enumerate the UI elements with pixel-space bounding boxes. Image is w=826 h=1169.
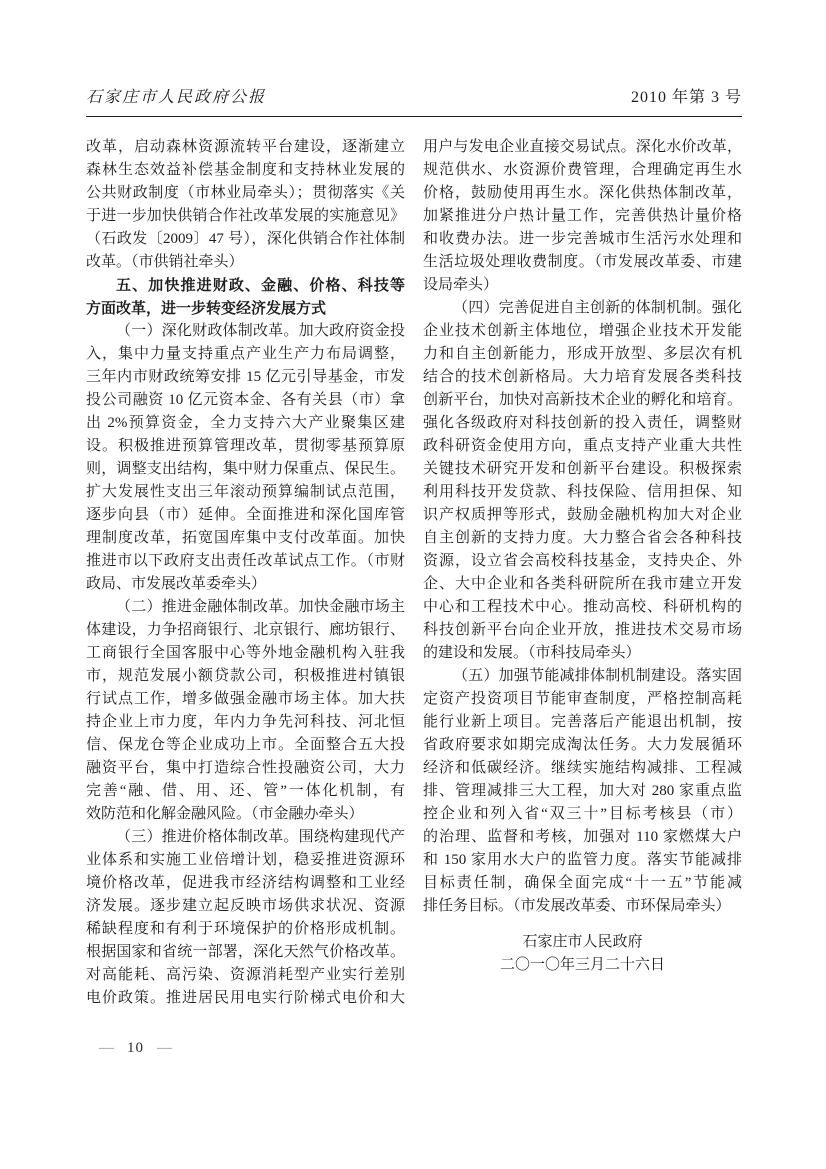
text-line: 信、保龙仓等企业成功上市。全面整合五大投 [86,734,405,757]
text-line: 体建设，力争招商银行、北京银行、廊坊银行、 [86,619,405,642]
text-line: 目标责任制，确保全面完成“十一五”节能减 [423,872,742,895]
text-line: 自主创新的支持力度。大力整合省会各种科技 [423,527,742,550]
text-line: 投公司融资 10 亿元资本金、各有关县（市）拿 [86,389,405,412]
text-line: 力和自主创新能力，形成开放型、多层次有机 [423,343,742,366]
text-line: 政科研资金使用方向，重点支持产业重大共性 [423,435,742,458]
text-line: 业体系和实施工业倍增计划，稳妥推进资源环 [86,849,405,872]
text-line: 生活垃圾处理收费制度。（市发展改革委、市建 [423,251,742,274]
page-footer: — 10 — [99,1040,172,1057]
text-line: 企业技术创新主体地位，增强企业技术开发能 [423,320,742,343]
text-line: 省政府要求如期完成淘汰任务。大力发展循环 [423,734,742,757]
text-line: 利用科技开发贷款、科技保险、信用担保、知 [423,481,742,504]
text-line: 经济和低碳经济。继续实施结构减排、工程减 [423,757,742,780]
text-line: （五）加强节能减排体制机制建设。落实固 [423,665,742,688]
text-line: 三年内市财政统筹安排 15 亿元引导基金，市发 [86,366,405,389]
text-line: 和收费办法。进一步完善城市生活污水处理和 [423,228,742,251]
text-line: 稀缺程度和有利于环境保护的价格形成机制。 [86,918,405,941]
gazette-page: 石家庄市人民政府公报 2010 年第 3 号 改革，启动森林资源流转平台建设，逐… [86,84,742,1010]
text-line: 改革。（市供销社牵头） [86,251,405,274]
text-line: 排、管理减排三大工程，加大对 280 家重点监 [423,780,742,803]
text-line: （四）完善促进自主创新的体制机制。强化 [423,297,742,320]
text-line: 定资产投资项目节能审查制度，严格控制高耗 [423,688,742,711]
text-line: 济发展。逐步建立起反映市场供求状况、资源 [86,895,405,918]
text-line: 出 2%预算资金，全力支持六大产业聚集区建 [86,412,405,435]
text-line: 理制度改革，拓宽国库集中支付改革面。加快 [86,527,405,550]
text-line: 电价政策。推进居民用电实行阶梯式电价和大 [86,987,405,1010]
signature-block: 石家庄市人民政府二〇一〇年三月二十六日 [423,931,742,977]
text-line: （二）推进金融体制改革。加快金融市场主 [86,596,405,619]
text-line: 资源，设立省会高校科技基金，支持央企、外 [423,550,742,573]
signature-issuer: 石家庄市人民政府 [423,931,742,954]
footer-page-number: 10 [127,1040,144,1057]
left-column: 改革，启动森林资源流转平台建设，逐渐建立森林生态效益补偿基金制度和支持林业发展的… [86,136,405,1010]
text-line: 加紧推进分户热计量工作，完善供热计量价格 [423,205,742,228]
text-line: （三）推进价格体制改革。围绕构建现代产 [86,826,405,849]
text-line: 的治理、监督和考核，加强对 110 家燃煤大户 [423,826,742,849]
text-line: 排任务目标。（市发展改革委、市环保局牵头） [423,895,742,918]
text-line: 和 150 家用水大户的监管力度。落实节能减排 [423,849,742,872]
footer-dash-left: — [99,1040,114,1057]
right-column: 用户与发电企业直接交易试点。深化水价改革，规范供水、水资源价费管理，合理确定再生… [423,136,742,1010]
text-line: 企、大中企业和各类科研院所在我市建立开发 [423,573,742,596]
text-line: 扩大发展性支出三年滚动预算编制试点范围， [86,481,405,504]
text-line: 规范供水、水资源价费管理，合理确定再生水 [423,159,742,182]
signature-date: 二〇一〇年三月二十六日 [423,954,742,977]
text-line: 方面改革，进一步转变经济发展方式 [86,297,405,320]
text-line: 的建设和发展。（市科技局牵头） [423,642,742,665]
text-line: 价格，鼓励使用再生水。深化供热体制改革， [423,182,742,205]
text-line: 效防范和化解金融风险。（市金融办牵头） [86,803,405,826]
text-line: 用户与发电企业直接交易试点。深化水价改革， [423,136,742,159]
two-column-body: 改革，启动森林资源流转平台建设，逐渐建立森林生态效益补偿基金制度和支持林业发展的… [86,136,742,1010]
text-line: 市，规范发展小额贷款公司，积极推进村镇银 [86,665,405,688]
text-line: 改革，启动森林资源流转平台建设，逐渐建立 [86,136,405,159]
text-line: 推进市以下政府支出责任改革试点工作。（市财 [86,550,405,573]
text-line: 森林生态效益补偿基金制度和支持林业发展的 [86,159,405,182]
text-line: （一）深化财政体制改革。加大政府资金投 [86,320,405,343]
text-line: 五、加快推进财政、金融、价格、科技等 [86,274,405,297]
text-line: 持企业上市力度，年内力争先河科技、河北恒 [86,711,405,734]
text-line: 中心和工程技术中心。推动高校、科研机构的 [423,596,742,619]
text-line: 完善“融、借、用、还、管”一体化机制，有 [86,780,405,803]
footer-dash-right: — [157,1040,172,1057]
text-line: 根据国家和省统一部署，深化天然气价格改革。 [86,941,405,964]
text-line: 设局牵头） [423,274,742,297]
text-line: 控企业和列入省“双三十”目标考核县（市） [423,803,742,826]
text-line: 政局、市发展改革委牵头） [86,573,405,596]
text-line: 设。积极推进预算管理改革，贯彻零基预算原 [86,435,405,458]
text-line: 结合的技术创新格局。大力培育发展各类科技 [423,366,742,389]
text-line: 创新平台，加快对高新技术企业的孵化和培育。 [423,389,742,412]
text-line: 工商银行全国客服中心等外地金融机构入驻我 [86,642,405,665]
issue-number: 2010 年第 3 号 [631,84,742,107]
text-line: 识产权质押等形式，鼓励金融机构加大对企业 [423,504,742,527]
text-line: 逐步向县（市）延伸。全面推进和深化国库管 [86,504,405,527]
text-line: 对高能耗、高污染、资源消耗型产业实行差别 [86,964,405,987]
text-line: 境价格改革，促进我市经济结构调整和工业经 [86,872,405,895]
text-line: 能行业新上项目。完善落后产能退出机制，按 [423,711,742,734]
text-line: （石政发〔2009〕47 号），深化供销合作社体制 [86,228,405,251]
text-line: 则，调整支出结构，集中财力保重点、保民生。 [86,458,405,481]
text-line: 行试点工作，增多做强金融市场主体。加大扶 [86,688,405,711]
text-line: 强化各级政府对科技创新的投入责任，调整财 [423,412,742,435]
page-header: 石家庄市人民政府公报 2010 年第 3 号 [86,84,742,117]
text-line: 融资平台，集中打造综合性投融资公司，大力 [86,757,405,780]
text-line: 关键技术研究开发和创新平台建设。积极探索 [423,458,742,481]
text-line: 公共财政制度（市林业局牵头）；贯彻落实《关 [86,182,405,205]
gazette-title: 石家庄市人民政府公报 [86,84,266,107]
text-line: 科技创新平台向企业开放，推进技术交易市场 [423,619,742,642]
text-line: 于进一步加快供销合作社改革发展的实施意见》 [86,205,405,228]
text-line: 入，集中力量支持重点产业生产力布局调整， [86,343,405,366]
